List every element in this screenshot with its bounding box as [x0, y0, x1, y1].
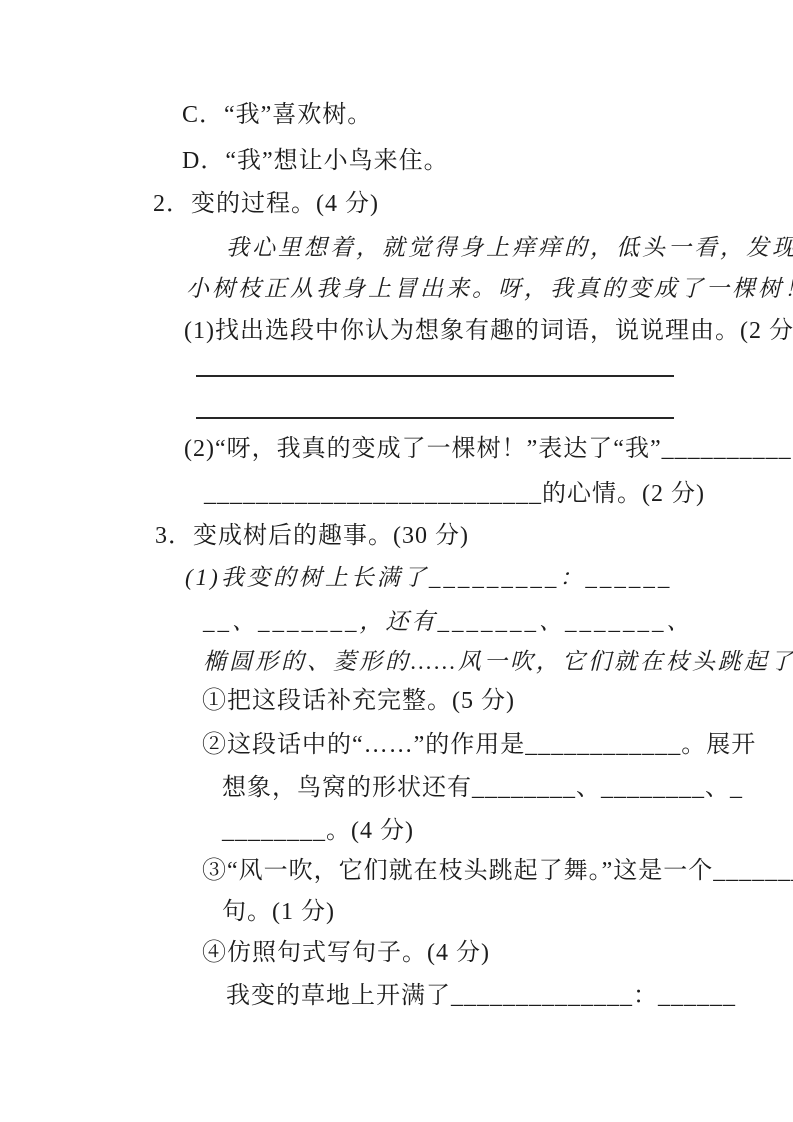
- option-c: C．“我”喜欢树。: [182, 100, 372, 130]
- q3-item3-line-1: ③“风一吹，它们就在枝头跳起了舞。”这是一个_______: [202, 856, 793, 886]
- q2-sub2-line-1: (2)“呀，我真的变成了一棵树！”表达了“我”__________: [184, 434, 792, 464]
- option-d: D．“我”想让小鸟来住。: [182, 146, 449, 176]
- q3-heading: 3．变成树后的趣事。(30 分): [155, 521, 469, 551]
- q3-item2-line-2: 想象，鸟窝的形状还有________、________、_: [222, 773, 743, 803]
- q2-sub1: (1)找出选段中你认为想象有趣的词语，说说理由。(2 分): [184, 316, 793, 346]
- q3-item4-line-2: 我变的草地上开满了______________：______: [226, 981, 736, 1011]
- q3-item1: ①把这段话补充完整。(5 分): [202, 686, 515, 716]
- q3-sub1-line-2: __、_______，还有_______、_______、: [203, 607, 693, 637]
- answer-rule-2: [196, 417, 674, 419]
- q3-item3-line-2: 句。(1 分): [222, 897, 335, 927]
- q2-heading: 2．变的过程。(4 分): [153, 189, 379, 219]
- passage-line-2: 小树枝正从我身上冒出来。呀，我真的变成了一棵树！: [186, 274, 793, 304]
- q3-sub1-line-1: (1)我变的树上长满了_________：______: [185, 563, 672, 593]
- passage-line-1: 我心里想着，就觉得身上痒痒的，低头一看，发现许多: [226, 233, 793, 263]
- q3-item2-line-1: ②这段话中的“……”的作用是____________。展开: [202, 730, 756, 760]
- q3-item2-line-3: ________。(4 分): [222, 816, 414, 846]
- document-page: C．“我”喜欢树。D．“我”想让小鸟来住。2．变的过程。(4 分)我心里想着，就…: [0, 0, 793, 1122]
- answer-rule-1: [196, 375, 674, 377]
- q3-sub1-line-3: 椭圆形的、菱形的……风一吹，它们就在枝头跳起了舞。: [203, 647, 793, 677]
- q2-sub2-line-2: __________________________的心情。(2 分): [204, 479, 705, 509]
- q3-item4-line-1: ④仿照句式写句子。(4 分): [202, 938, 490, 968]
